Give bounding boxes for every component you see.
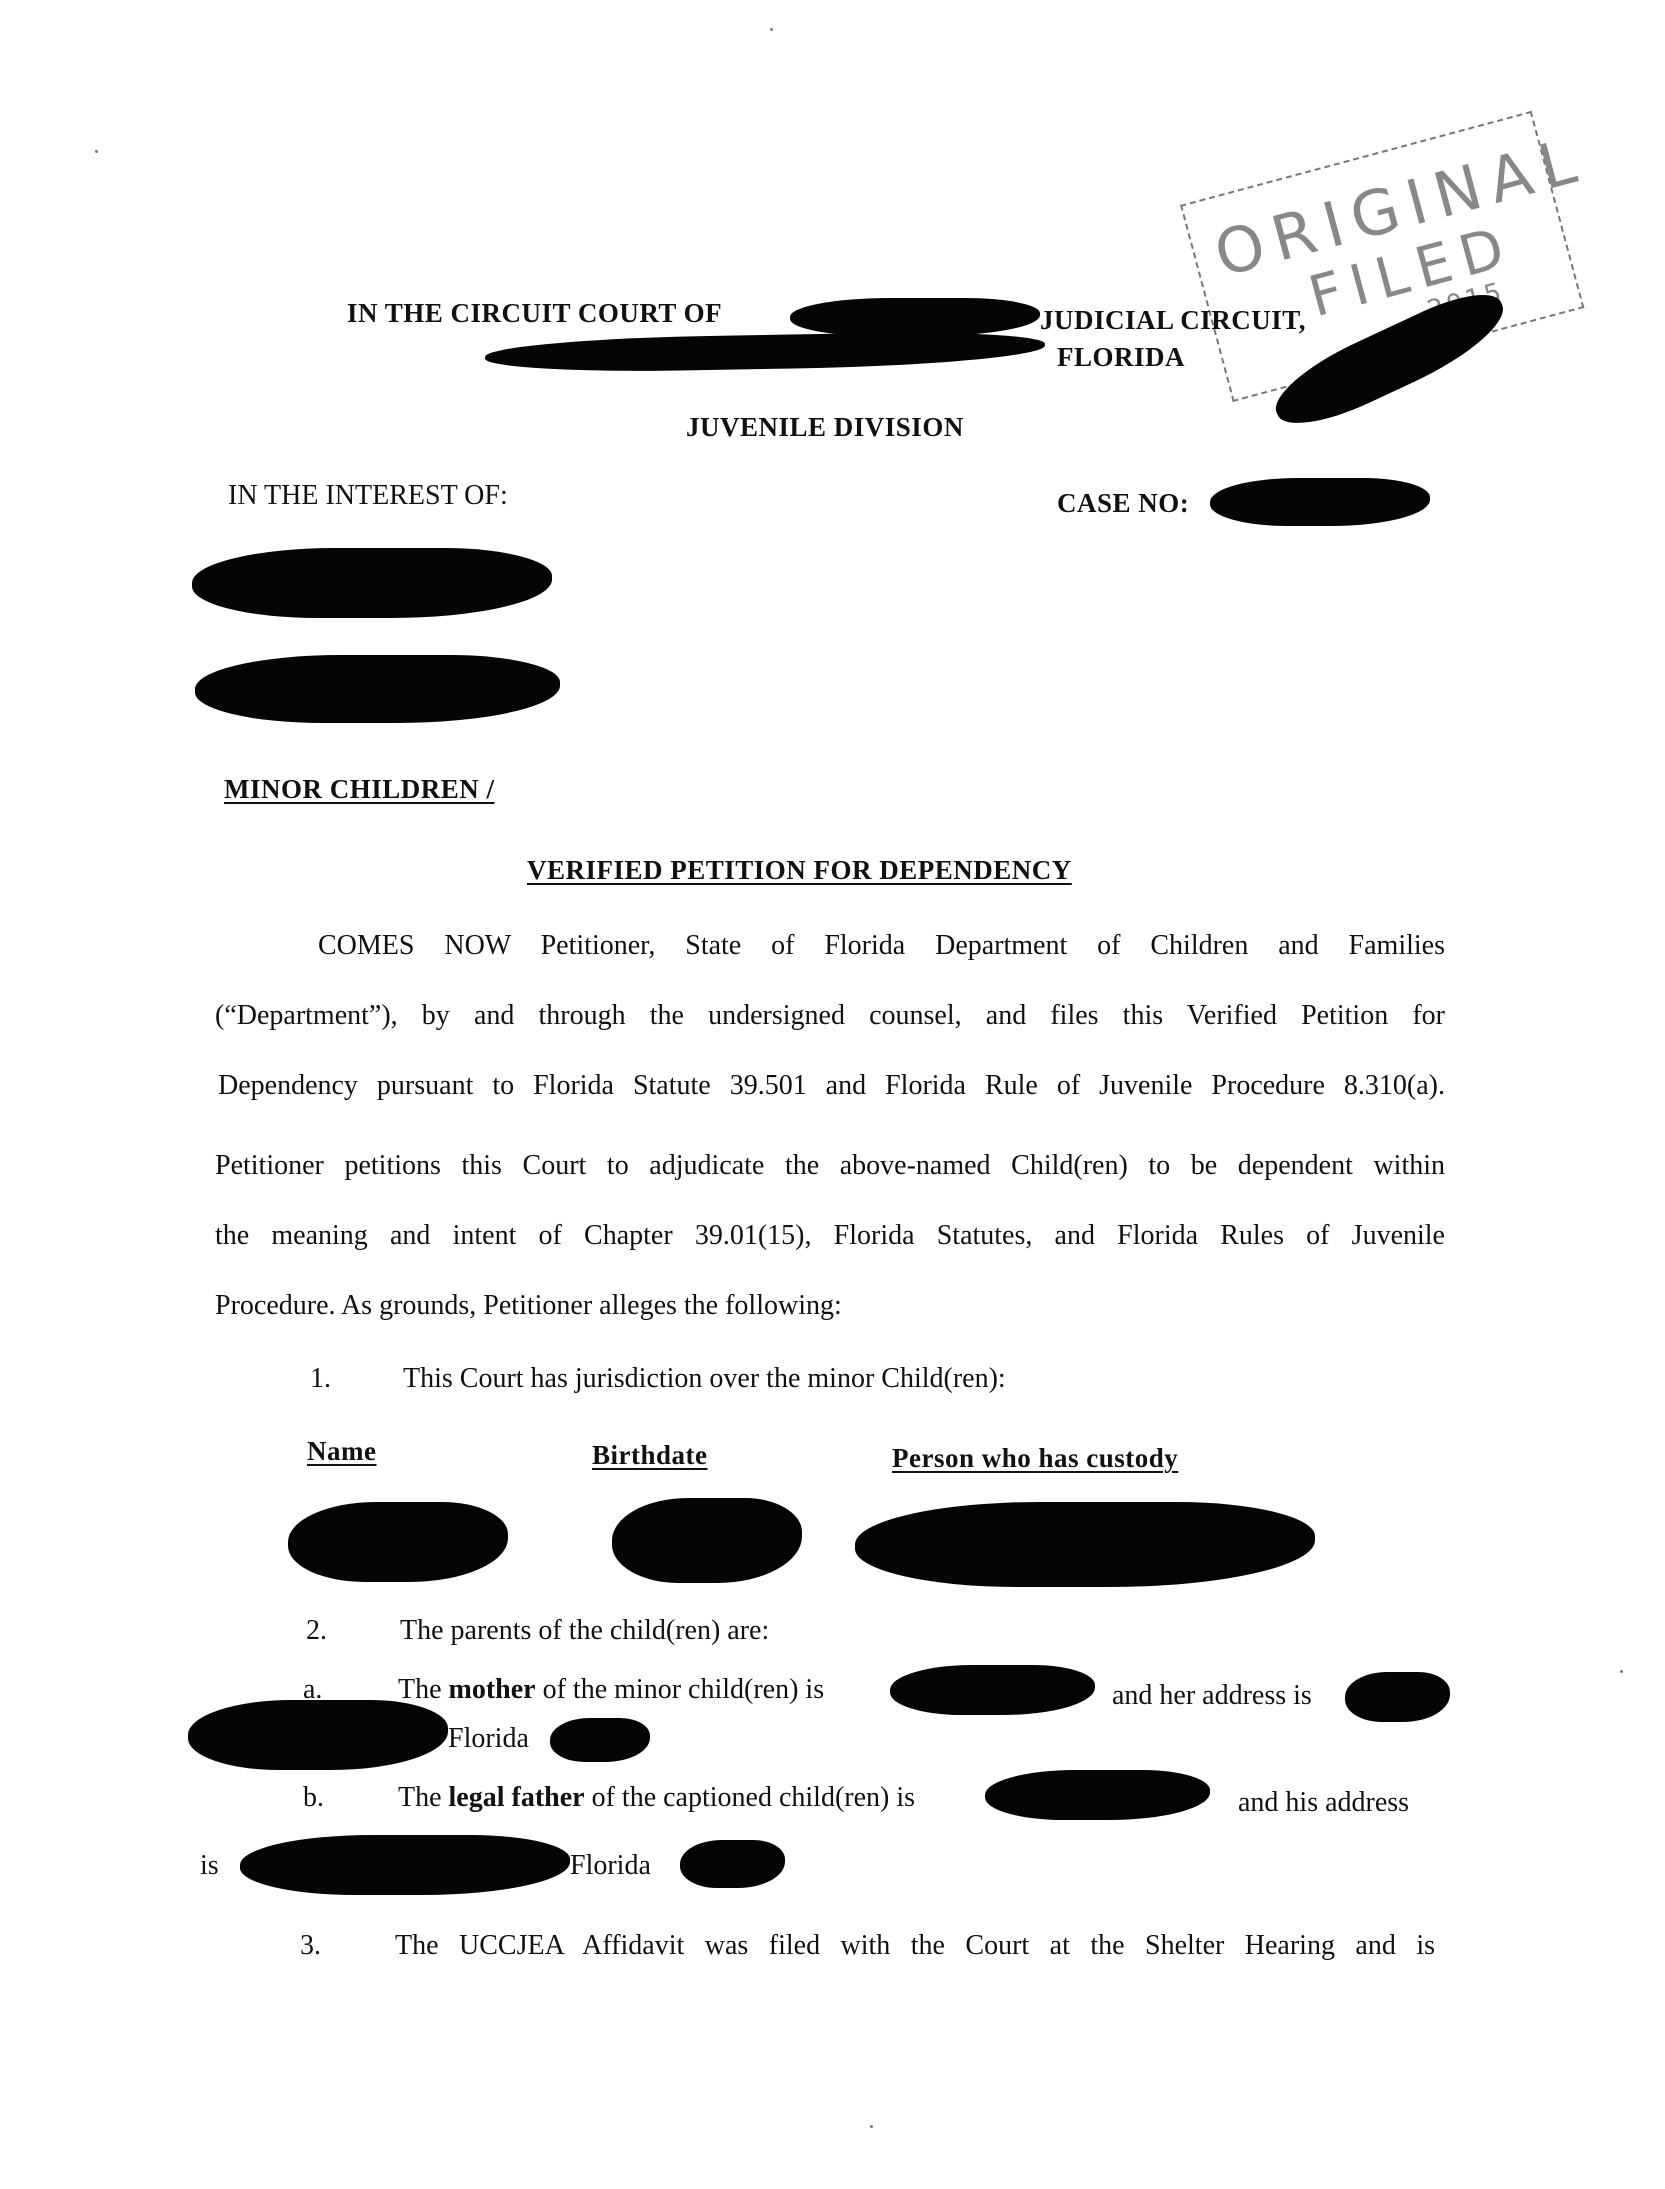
mother-label: mother <box>449 1674 536 1705</box>
court-line-suffix: JUDICIAL CIRCUIT, <box>1040 305 1306 336</box>
redacted-county-name <box>485 330 1046 374</box>
item-1-text: This Court has jurisdiction over the min… <box>403 1363 1006 1395</box>
redacted-table-custody <box>855 1502 1315 1587</box>
redacted-mother-zip <box>550 1718 650 1762</box>
intro-line-3: Dependency pursuant to Florida Statute 3… <box>218 1070 1445 1102</box>
redacted-mother-address <box>188 1700 448 1770</box>
redacted-circuit-number <box>790 298 1040 336</box>
table-header-birthdate: Birthdate <box>592 1440 708 1471</box>
intro-line-5: the meaning and intent of Chapter 39.01(… <box>215 1220 1445 1252</box>
legal-father-label: legal father <box>449 1782 585 1813</box>
redacted-father-name <box>985 1770 1210 1820</box>
division-heading: JUVENILE DIVISION <box>686 412 964 443</box>
intro-line-1: COMES NOW Petitioner, State of Florida D… <box>318 930 1445 962</box>
table-header-name: Name <box>307 1436 376 1467</box>
item-2a-text: The mother of the minor child(ren) is <box>398 1674 824 1706</box>
intro-line-2: (“Department”), by and through the under… <box>215 1000 1445 1032</box>
redacted-table-name <box>288 1502 508 1582</box>
court-line-prefix: IN THE CIRCUIT COURT OF <box>347 298 722 329</box>
item-2b-address-label: and his address <box>1238 1787 1409 1819</box>
redacted-father-zip <box>680 1840 785 1888</box>
scan-speck <box>870 2125 873 2128</box>
item-2-text: The parents of the child(ren) are: <box>400 1615 769 1647</box>
item-3-text: The UCCJEA Affidavit was filed with the … <box>395 1930 1435 1962</box>
redacted-case-number <box>1210 478 1430 526</box>
item-2b-text: The legal father of the captioned child(… <box>398 1782 915 1814</box>
scan-speck <box>770 28 773 31</box>
case-no-label: CASE NO: <box>1057 488 1189 519</box>
redacted-father-address <box>240 1835 570 1895</box>
document-title: VERIFIED PETITION FOR DEPENDENCY <box>527 855 1072 886</box>
scan-speck <box>1620 1670 1623 1673</box>
redacted-mother-address-start <box>1345 1672 1450 1722</box>
item-1-number: 1. <box>310 1363 331 1395</box>
interest-of-label: IN THE INTEREST OF: <box>228 480 508 512</box>
redacted-table-birthdate <box>612 1498 802 1583</box>
item-3-number: 3. <box>300 1930 321 1962</box>
item-2a-address-label: and her address is <box>1112 1680 1312 1712</box>
item-2b-letter: b. <box>303 1782 324 1814</box>
state-line: FLORIDA <box>1057 342 1185 373</box>
redacted-child-name-1 <box>192 548 552 618</box>
scan-speck <box>95 150 98 153</box>
item-2-number: 2. <box>306 1615 327 1647</box>
intro-line-6: Procedure. As grounds, Petitioner allege… <box>215 1290 842 1322</box>
redacted-mother-name <box>890 1665 1095 1715</box>
redacted-child-name-2 <box>195 655 560 723</box>
item-2b-state: Florida <box>570 1850 651 1882</box>
item-2b-is: is <box>200 1850 219 1882</box>
minor-children-label: MINOR CHILDREN / <box>224 774 495 805</box>
intro-line-4: Petitioner petitions this Court to adjud… <box>215 1150 1445 1182</box>
item-2a-state: Florida <box>448 1723 529 1755</box>
table-header-custody: Person who has custody <box>892 1443 1178 1474</box>
